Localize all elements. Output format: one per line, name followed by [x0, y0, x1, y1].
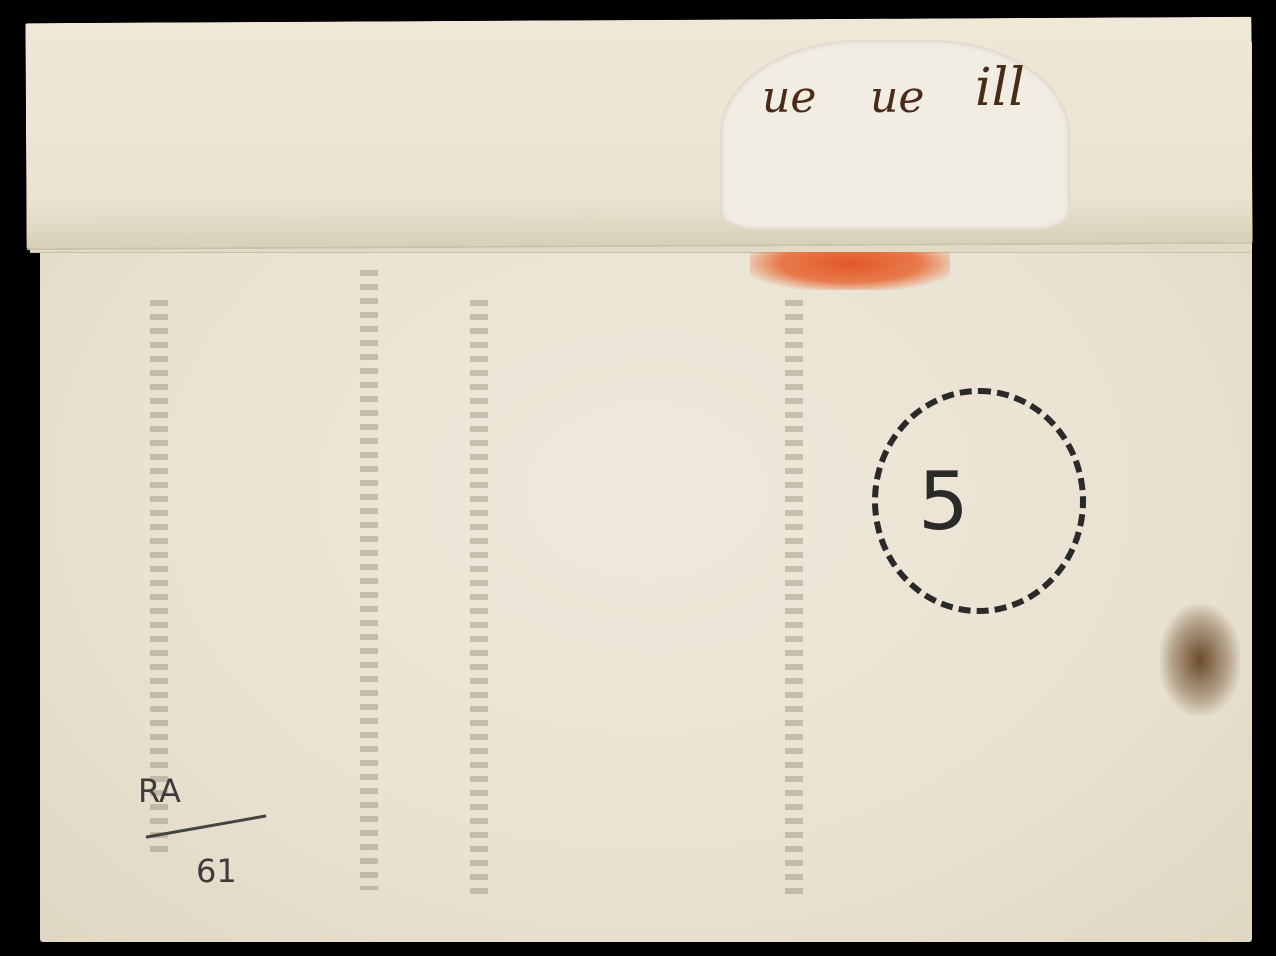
address-fragment: ill — [975, 58, 1025, 118]
ink-bleed — [360, 270, 378, 890]
address-fragment: ue — [870, 72, 924, 123]
address-fragment: ue — [762, 72, 816, 123]
brown-stain — [1160, 605, 1240, 715]
postmark-numeral: 5 — [918, 455, 969, 548]
ink-bleed — [785, 300, 803, 900]
wax-seal-remnant — [750, 252, 950, 290]
ink-bleed — [470, 300, 488, 900]
postmark-circle — [872, 388, 1086, 614]
pencil-annotation-bottom: 61 — [196, 852, 237, 890]
pencil-annotation-top: RA — [138, 772, 181, 810]
